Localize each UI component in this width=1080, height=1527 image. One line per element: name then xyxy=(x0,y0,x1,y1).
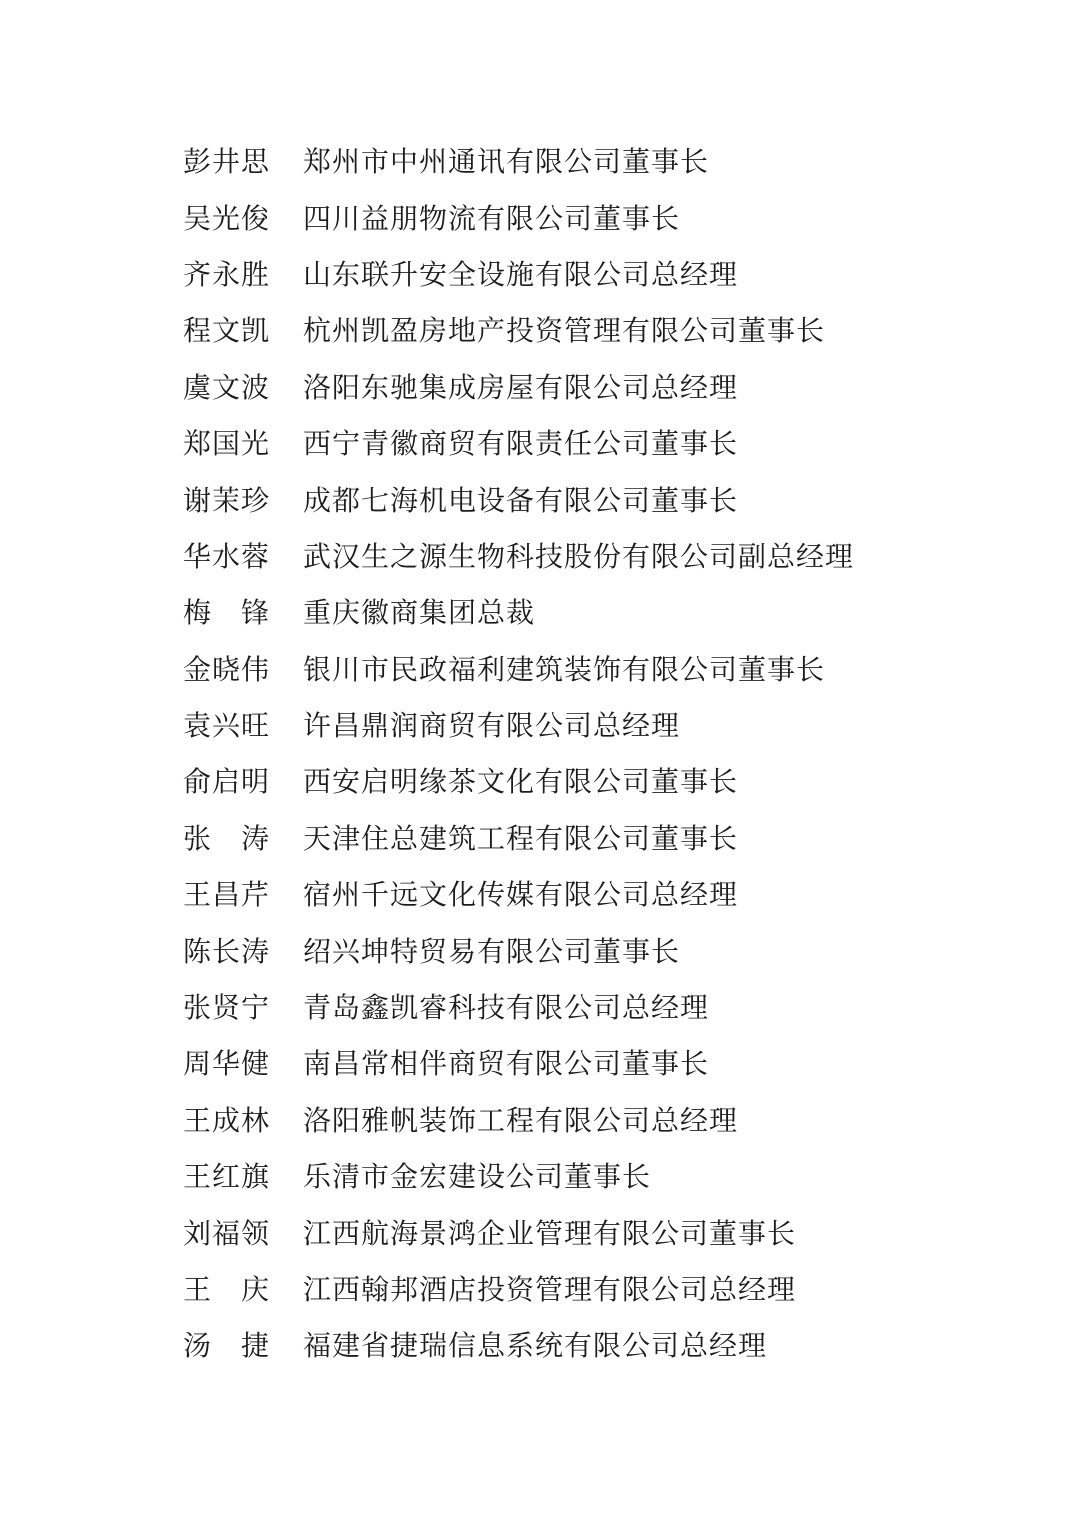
person-name: 华水蓉 xyxy=(183,535,269,575)
company-title: 杭州凯盈房地产投资管理有限公司董事长 xyxy=(303,309,825,349)
list-item: 王红旗 乐清市金宏建设公司董事长 xyxy=(183,1147,854,1203)
person-name: 汤 捷 xyxy=(183,1324,269,1364)
company-title: 乐清市金宏建设公司董事长 xyxy=(303,1155,651,1195)
company-title: 天津住总建筑工程有限公司董事长 xyxy=(303,817,738,857)
person-name: 刘福领 xyxy=(183,1212,269,1252)
document-page: 彭井思 郑州市中州通讯有限公司董事长 吴光俊 四川益朋物流有限公司董事长 齐永胜… xyxy=(0,0,1080,1527)
person-name: 梅 锋 xyxy=(183,591,269,631)
list-item: 华水蓉 武汉生之源生物科技股份有限公司副总经理 xyxy=(183,527,854,583)
person-name: 吴光俊 xyxy=(183,197,269,237)
company-title: 洛阳东驰集成房屋有限公司总经理 xyxy=(303,366,738,406)
person-name: 金晓伟 xyxy=(183,648,269,688)
person-name: 王成林 xyxy=(183,1099,269,1139)
company-title: 许昌鼎润商贸有限公司总经理 xyxy=(303,704,680,744)
list-item: 张贤宁 青岛鑫凯睿科技有限公司总经理 xyxy=(183,978,854,1034)
list-item: 王成林 洛阳雅帆装饰工程有限公司总经理 xyxy=(183,1091,854,1147)
list-item: 陈长涛 绍兴坤特贸易有限公司董事长 xyxy=(183,921,854,977)
company-title: 重庆徽商集团总裁 xyxy=(303,591,535,631)
company-title: 青岛鑫凯睿科技有限公司总经理 xyxy=(303,986,709,1026)
company-title: 江西翰邦酒店投资管理有限公司总经理 xyxy=(303,1268,796,1308)
person-name: 齐永胜 xyxy=(183,253,269,293)
company-title: 山东联升安全设施有限公司总经理 xyxy=(303,253,738,293)
company-title: 福建省捷瑞信息系统有限公司总经理 xyxy=(303,1324,767,1364)
person-name: 俞启明 xyxy=(183,760,269,800)
list-item: 彭井思 郑州市中州通讯有限公司董事长 xyxy=(183,132,854,188)
person-name: 周华健 xyxy=(183,1042,269,1082)
list-item: 俞启明 西安启明缘茶文化有限公司董事长 xyxy=(183,752,854,808)
company-title: 武汉生之源生物科技股份有限公司副总经理 xyxy=(303,535,854,575)
list-item: 袁兴旺 许昌鼎润商贸有限公司总经理 xyxy=(183,696,854,752)
person-name: 王 庆 xyxy=(183,1268,269,1308)
list-item: 齐永胜 山东联升安全设施有限公司总经理 xyxy=(183,245,854,301)
name-title-list: 彭井思 郑州市中州通讯有限公司董事长 吴光俊 四川益朋物流有限公司董事长 齐永胜… xyxy=(183,132,854,1373)
list-item: 程文凯 杭州凯盈房地产投资管理有限公司董事长 xyxy=(183,301,854,357)
list-item: 张 涛 天津住总建筑工程有限公司董事长 xyxy=(183,809,854,865)
person-name: 张 涛 xyxy=(183,817,269,857)
person-name: 虞文波 xyxy=(183,366,269,406)
company-title: 成都七海机电设备有限公司董事长 xyxy=(303,479,738,519)
company-title: 郑州市中州通讯有限公司董事长 xyxy=(303,140,709,180)
list-item: 郑国光 西宁青徽商贸有限责任公司董事长 xyxy=(183,414,854,470)
company-title: 银川市民政福利建筑装饰有限公司董事长 xyxy=(303,648,825,688)
list-item: 王昌芹 宿州千远文化传媒有限公司总经理 xyxy=(183,865,854,921)
list-item: 刘福领 江西航海景鸿企业管理有限公司董事长 xyxy=(183,1203,854,1259)
list-item: 周华健 南昌常相伴商贸有限公司董事长 xyxy=(183,1034,854,1090)
company-title: 洛阳雅帆装饰工程有限公司总经理 xyxy=(303,1099,738,1139)
person-name: 郑国光 xyxy=(183,422,269,462)
list-item: 谢茉珍 成都七海机电设备有限公司董事长 xyxy=(183,470,854,526)
company-title: 四川益朋物流有限公司董事长 xyxy=(303,197,680,237)
list-item: 王 庆 江西翰邦酒店投资管理有限公司总经理 xyxy=(183,1260,854,1316)
list-item: 梅 锋 重庆徽商集团总裁 xyxy=(183,583,854,639)
list-item: 虞文波 洛阳东驰集成房屋有限公司总经理 xyxy=(183,358,854,414)
list-item: 吴光俊 四川益朋物流有限公司董事长 xyxy=(183,188,854,244)
person-name: 袁兴旺 xyxy=(183,704,269,744)
list-item: 汤 捷 福建省捷瑞信息系统有限公司总经理 xyxy=(183,1316,854,1372)
list-item: 金晓伟 银川市民政福利建筑装饰有限公司董事长 xyxy=(183,640,854,696)
person-name: 谢茉珍 xyxy=(183,479,269,519)
person-name: 王红旗 xyxy=(183,1155,269,1195)
company-title: 绍兴坤特贸易有限公司董事长 xyxy=(303,930,680,970)
company-title: 江西航海景鸿企业管理有限公司董事长 xyxy=(303,1212,796,1252)
company-title: 宿州千远文化传媒有限公司总经理 xyxy=(303,873,738,913)
person-name: 程文凯 xyxy=(183,309,269,349)
company-title: 南昌常相伴商贸有限公司董事长 xyxy=(303,1042,709,1082)
person-name: 彭井思 xyxy=(183,140,269,180)
person-name: 张贤宁 xyxy=(183,986,269,1026)
person-name: 王昌芹 xyxy=(183,873,269,913)
company-title: 西宁青徽商贸有限责任公司董事长 xyxy=(303,422,738,462)
company-title: 西安启明缘茶文化有限公司董事长 xyxy=(303,760,738,800)
person-name: 陈长涛 xyxy=(183,930,269,970)
